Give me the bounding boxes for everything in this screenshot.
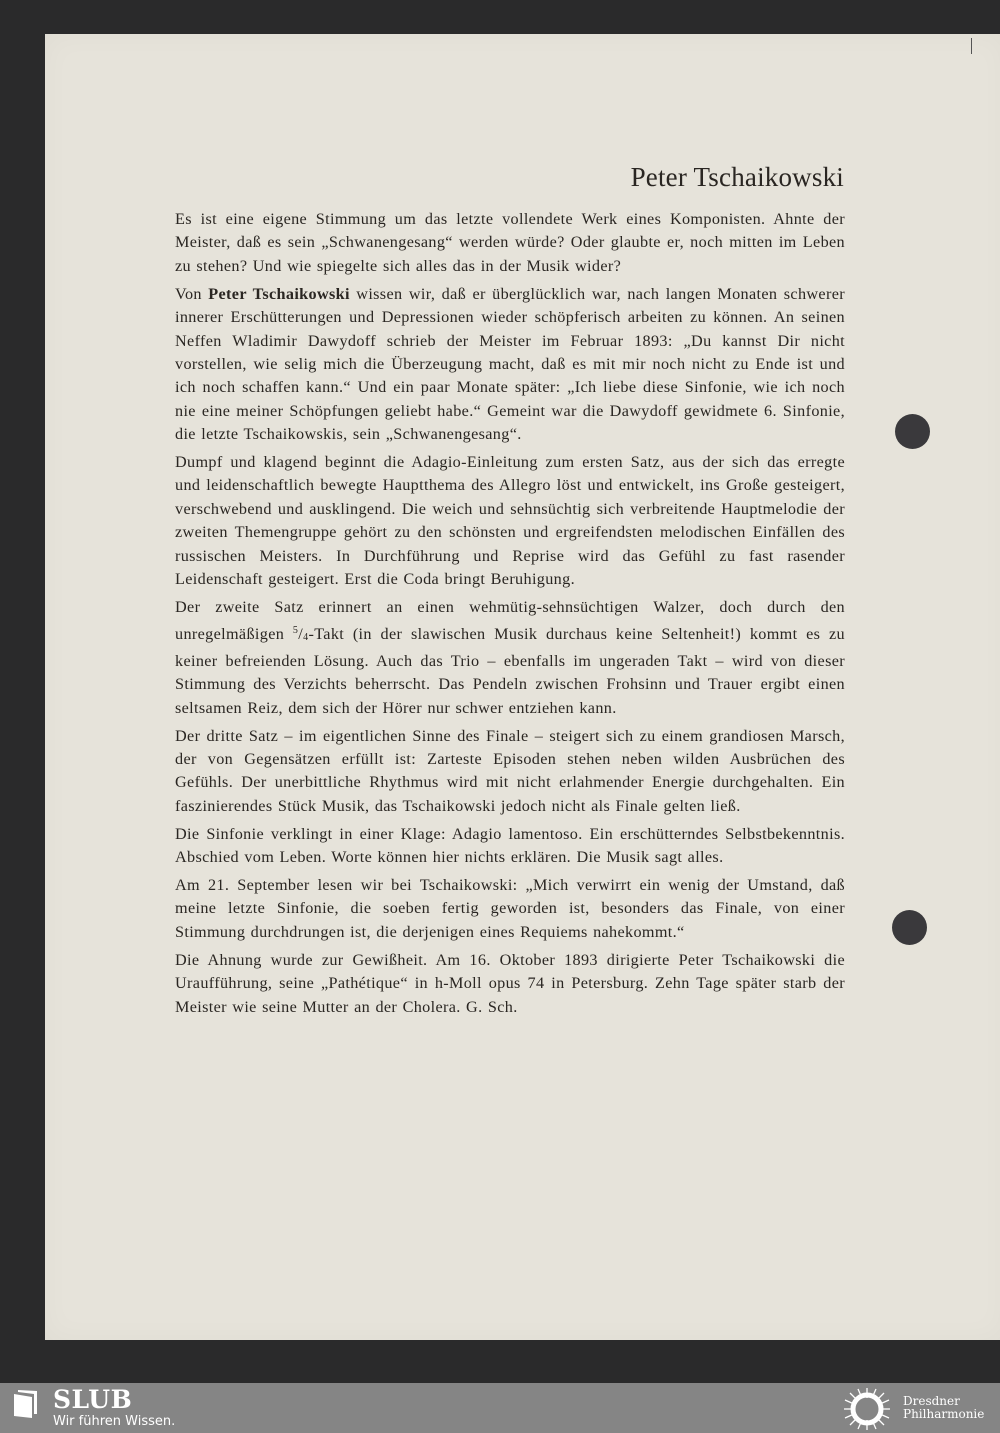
article-body: Es ist eine eigene Stimmung um das letzt… <box>175 208 845 1023</box>
paragraph-4: Der zweite Satz erinnert an einen wehmüt… <box>175 596 845 720</box>
paragraph-7: Am 21. September lesen wir bei Tschaikow… <box>175 874 845 944</box>
composer-name-bold: Peter Tschaikowski <box>208 285 350 303</box>
paragraph-2-text: wissen wir, daß er überglücklich war, na… <box>175 285 845 443</box>
book-icon[interactable] <box>12 1389 42 1419</box>
paragraph-8: Die Ahnung wurde zur Gewißheit. Am 16. O… <box>175 949 845 1019</box>
punch-hole-top <box>895 414 930 449</box>
paragraph-1: Es ist eine eigene Stimmung um das letzt… <box>175 208 845 278</box>
paragraph-3: Dumpf und klagend beginnt die Adagio-Ein… <box>175 451 845 591</box>
paragraph-2-lead: Von <box>175 285 208 303</box>
paragraph-5: Der dritte Satz – im eigentlichen Sinne … <box>175 725 845 819</box>
sunburst-ring-icon[interactable] <box>840 1386 894 1432</box>
slub-tagline: Wir führen Wissen. <box>53 1414 175 1429</box>
time-signature-fraction: 5/4 <box>293 625 309 643</box>
slub-name[interactable]: SLUB <box>53 1385 132 1414</box>
dp-name-line2: Philharmonie <box>903 1408 984 1421</box>
dresdner-philharmonie-name[interactable]: Dresdner Philharmonie <box>903 1395 984 1421</box>
footer-bar: SLUB Wir führen Wissen. Dresdner Philhar… <box>0 1383 1000 1433</box>
punch-hole-bottom <box>892 910 927 945</box>
fraction-numerator: 5 <box>293 625 298 636</box>
page-edge-mark <box>971 38 972 54</box>
paragraph-2: Von Peter Tschaikowski wissen wir, daß e… <box>175 283 845 447</box>
paragraph-6: Die Sinfonie verklingt in einer Klage: A… <box>175 823 845 870</box>
page-title: Peter Tschaikowski <box>631 162 844 193</box>
